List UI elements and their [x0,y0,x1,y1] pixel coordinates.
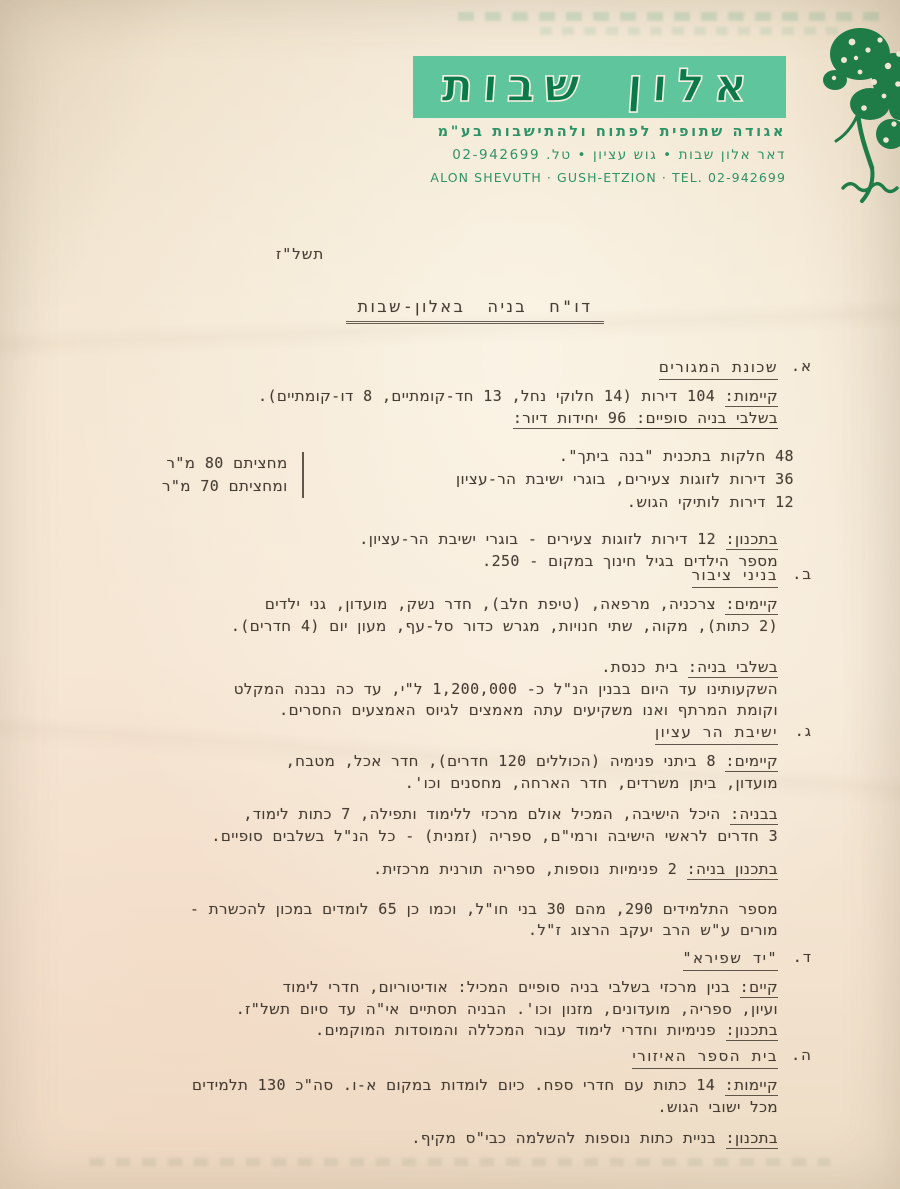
section-letter: ד. [778,948,812,1042]
line-text: בשלבי בניה סופיים: 96 יחידות דיור: [513,409,778,429]
line-text: צרכניה, מרפאה, (טיפת חלב), חדר נשק, מועד… [265,595,725,613]
report-line: מורים ע"ש הרב יעקב הרצוג ז"ל. [110,920,778,942]
report-line: קיימות: 14 כתות עם חדרי ספח. כיום לומדות… [110,1075,778,1097]
line-text: בניית כתות נוספות להשלמה כבי"ס מקיף. [411,1129,725,1147]
section-heading: "יד שפירא" [683,949,778,971]
line-label: בתכנון: [726,1129,778,1149]
line-label: בשלבי בניה סופיים: [636,409,778,429]
line-label: קיימים: [725,752,778,772]
note-line: מחציתם 80 מ"ר [162,452,288,475]
line-text: 3 חדרים לראשי הישיבה ורמי"ם, ספריה (זמני… [211,827,778,845]
line-text: מועדון, ביתן משרדים, חדר הארחה, מחסנים ו… [405,774,778,792]
report-line: בשלבי בניה סופיים: 96 יחידות דיור: [110,408,778,430]
ink-bleed-artifact [540,27,840,35]
line-text: מספר התלמידים 290, מהם 30 בני חו"ל, וכמו… [190,900,778,918]
report-line: מועדון, ביתן משרדים, חדר הארחה, מחסנים ו… [110,773,778,795]
line-text: היכל הישיבה, המכיל אולם מרכזי ללימוד ותפ… [243,805,730,823]
line-text: וקומת המרתף ואנו משקיעים עתה מאמצים לגיו… [279,701,778,719]
report-line: בתכנון: פנימיות וחדרי לימוד עבור המכללה … [110,1020,778,1042]
line-text: השקעותינו עד היום בבנין הנ"ל כ- 1,200,00… [234,680,778,698]
report-line: בתכנון: 12 דירות לזוגות צעירים - בוגרי י… [110,529,778,551]
apartment-size-note: מחציתם 80 מ"ר ומחציתם 70 מ"ר [158,452,304,498]
report-line: קיים: בנין מרכזי בשלבי בניה סופיים המכיל… [110,977,778,999]
section-yeshivat-har-etzion: ג. ישיבת הר עציון קיימים: 8 ביתני פנימיה… [110,722,812,942]
report-line: בתכנון: בניית כתות נוספות להשלמה כבי"ס מ… [110,1128,778,1150]
report-line: בבניה: היכל הישיבה, המכיל אולם מרכזי ללי… [110,804,778,826]
note-line: ומחציתם 70 מ"ר [162,475,288,498]
line-label: קיים: [740,978,778,998]
line-text: ועיון, ספריה, מועדונים, מזנון וכו'. הבני… [236,1000,778,1018]
line-text: מורים ע"ש הרב יעקב הרצוג ז"ל. [528,921,778,939]
document-title-text: דו"ח בניה באלון-שבות [346,297,605,324]
line-text: 12 דירות לזוגות צעירים - בוגרי ישיבת הר-… [359,530,725,548]
logo-band: אלון שבות [413,56,786,118]
line-label: בשלבי בניה: [688,658,778,678]
line-text: 2 פנימיות נוספות, ספריה תורנית מרכזית. [373,860,687,878]
section-heading: בית הספר האיזורי [632,1047,778,1069]
line-label: קיימות: [725,387,778,407]
line-label: קיימות: [725,1076,778,1096]
section-regional-school: ה. בית הספר האיזורי קיימות: 14 כתות עם ח… [110,1046,812,1150]
section-heading: בניני ציבור [692,566,778,588]
report-line: השקעותינו עד היום בבנין הנ"ל כ- 1,200,00… [110,679,778,701]
report-line: מספר התלמידים 290, מהם 30 בני חו"ל, וכמו… [110,899,778,921]
line-text: מכל ישובי הגוש. [657,1098,778,1116]
org-address-english: ALON SHEVUTH · GUSH-ETZION · TEL. 02-942… [430,170,786,185]
section-heading: ישיבת הר עציון [655,723,778,745]
line-text: 14 כתות עם חדרי ספח. כיום לומדות במקום א… [192,1076,725,1094]
section-public-buildings: ב. בניני ציבור קיימים: צרכניה, מרפאה, (ט… [110,565,812,722]
line-text: בנין מרכזי בשלבי בניה סופיים המכיל: אודי… [283,978,740,996]
section-letter: ג. [778,722,812,942]
section-letter: ב. [778,565,812,722]
line-label: בבניה: [730,805,778,825]
document-title: דו"ח בניה באלון-שבות [25,297,900,316]
report-line: (2 כתות), מקוה, שתי חנויות, מגרש כדור סל… [110,616,778,638]
org-subtitle: אגודה שתופית לפתוח ולהתישבות בע"מ [438,124,786,140]
org-logo-text: אלון שבות [441,62,759,112]
line-label: בתכנון בניה: [687,860,778,880]
report-line: ועיון, ספריה, מועדונים, מזנון וכו'. הבני… [110,999,778,1021]
line-text: 104 דירות (14 חלוקי נחל, 13 חד-קומתיים, … [258,387,725,405]
line-text: (2 כתות), מקוה, שתי חנויות, מגרש כדור סל… [231,617,778,635]
line-text: פנימיות וחדרי לימוד עבור המכללה והמוסדות… [315,1021,725,1039]
report-line: מכל ישובי הגוש. [110,1097,778,1119]
report-line: קיימים: צרכניה, מרפאה, (טיפת חלב), חדר נ… [110,594,778,616]
hebrew-year: תשל"ז [276,245,324,263]
report-line: קיימים: 8 ביתני פנימיה (הכוללים 120 חדרי… [110,751,778,773]
report-line: בשלבי בניה: בית כנסת. [110,657,778,679]
scanned-letter-page: אלון שבות [0,0,900,1189]
section-heading: שכונת המגורים [659,358,778,380]
line-label: בתכנון: [726,1021,778,1041]
section-yad-shapira: ד. "יד שפירא" קיים: בנין מרכזי בשלבי בני… [110,948,812,1042]
report-line: 3 חדרים לראשי הישיבה ורמי"ם, ספריה (זמני… [110,826,778,848]
line-label: קיימים: [725,595,778,615]
section-letter: ה. [778,1046,812,1150]
oak-tree-icon [798,20,900,212]
report-line: קיימות: 104 דירות (14 חלוקי נחל, 13 חד-ק… [110,386,778,408]
report-line: בתכנון בניה: 2 פנימיות נוספות, ספריה תור… [110,859,778,881]
line-text: 96 יחידות דיור: [513,409,636,427]
report-line: וקומת המרתף ואנו משקיעים עתה מאמצים לגיו… [110,700,778,722]
ink-bleed-artifact [90,1158,830,1166]
line-text: בית כנסת. [601,658,688,676]
org-address-hebrew: דאר אלון שבות • גוש עציון • טל. 02-94269… [452,147,786,163]
line-text: 8 ביתני פנימיה (הכוללים 120 חדרים), חדר … [286,752,726,770]
line-label: בתכנון: [726,530,778,550]
